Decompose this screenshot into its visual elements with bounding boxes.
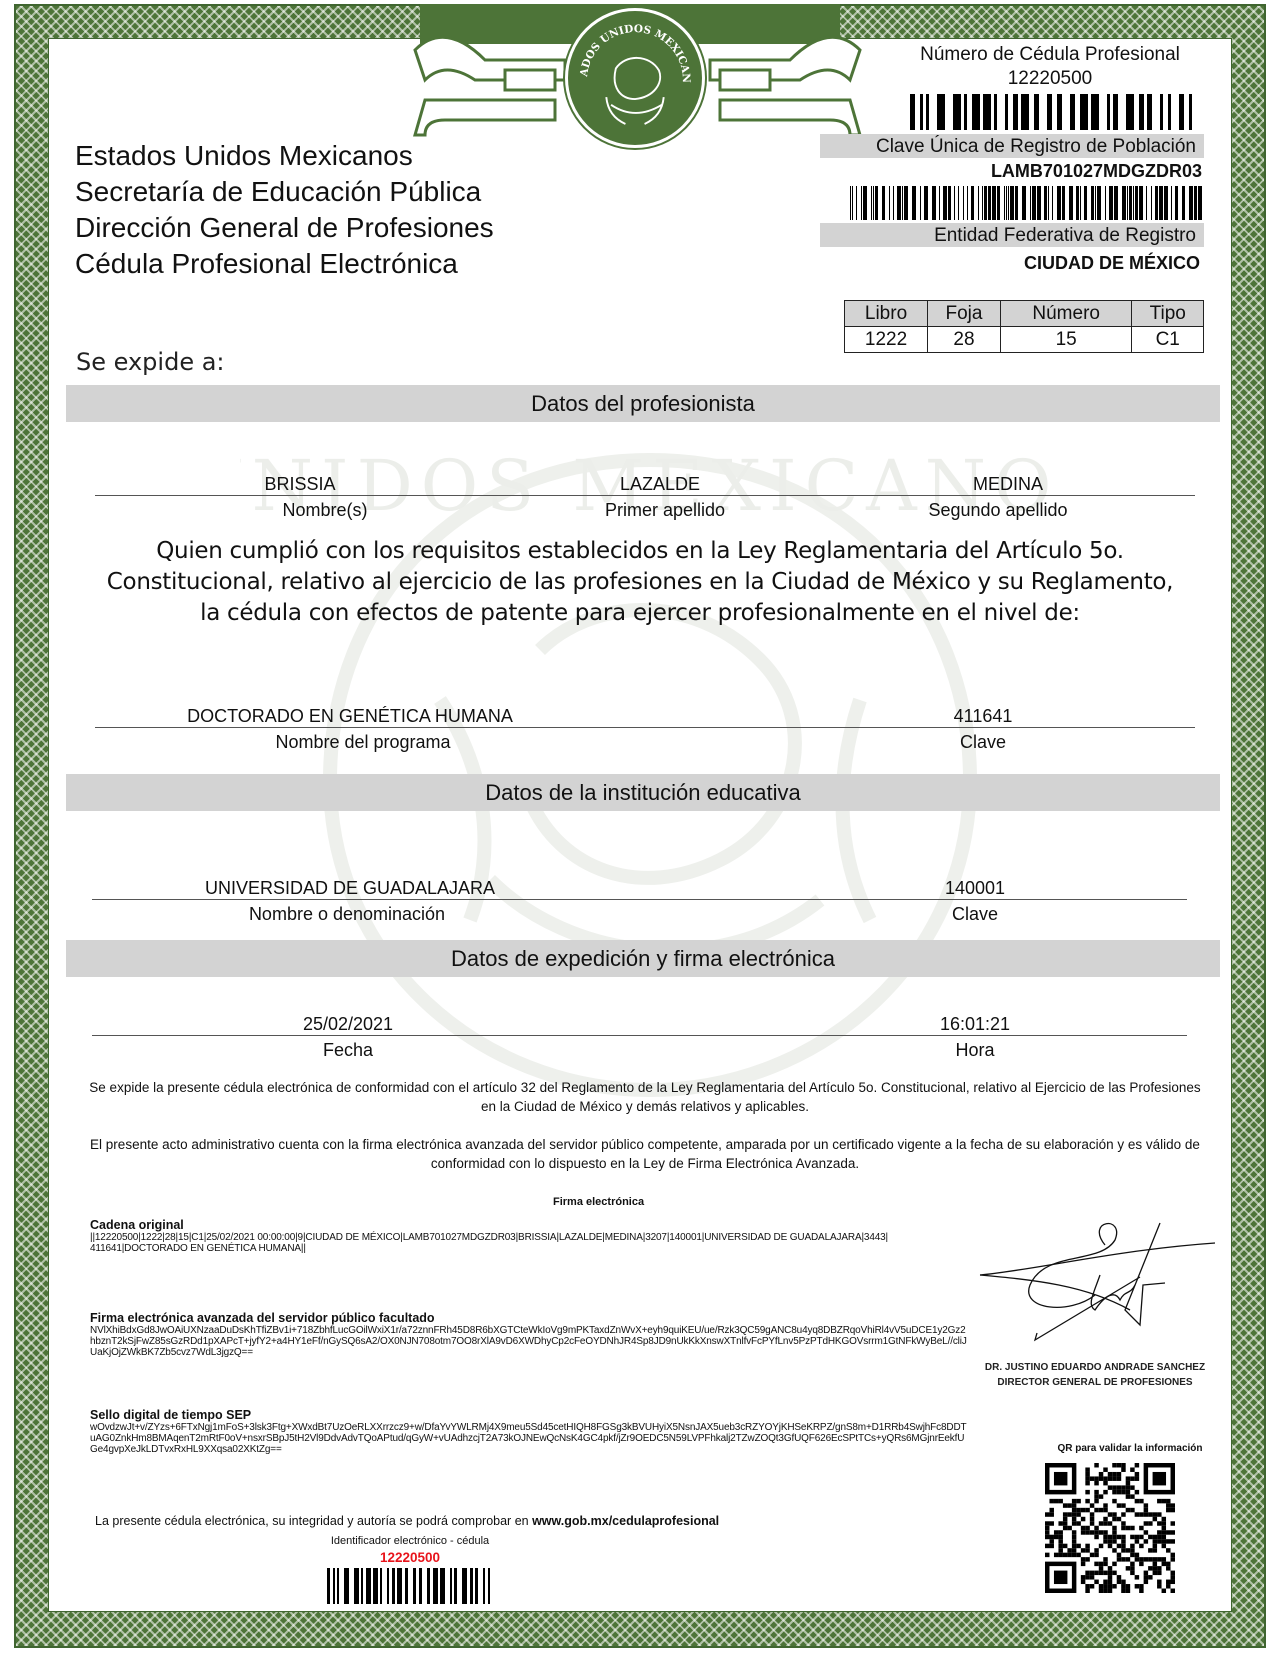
first-surname-label: Primer apellido bbox=[605, 500, 725, 521]
section-profesionista: Datos del profesionista bbox=[66, 385, 1220, 422]
issue-date-row: 25/02/2021 16:01:21 Fecha Hora bbox=[95, 1012, 1195, 1062]
institution-row: UNIVERSIDAD DE GUADALAJARA 140001 Nombre… bbox=[95, 876, 1195, 926]
qr-code-icon[interactable] bbox=[1045, 1463, 1175, 1593]
program-row: DOCTORADO EN GENÉTICA HUMANA 411641 Nomb… bbox=[95, 704, 1195, 754]
electronic-id-barcode bbox=[327, 1568, 497, 1604]
libro-value: 1222 bbox=[845, 327, 928, 353]
registry-block: Número de Cédula Profesional 12220500 Cl… bbox=[820, 44, 1204, 274]
program-underline bbox=[95, 727, 1195, 728]
timestamp-seal-text: wOvdzwJt+v/ZYzs+6FTxNgj1mFoS+3lsk3Ftg+XW… bbox=[90, 1422, 970, 1455]
national-seal-icon: ESTADOS UNIDOS MEXICANOS bbox=[565, 8, 705, 148]
entidad-label: Entidad Federativa de Registro bbox=[820, 223, 1204, 247]
section-institucion: Datos de la institución educativa bbox=[66, 774, 1220, 811]
qr-label: QR para validar la información bbox=[1025, 1443, 1235, 1454]
original-chain-text: ||12220500|1222|28|15|C1|25/02/2021 00:0… bbox=[90, 1232, 890, 1254]
signature-validity-paragraph: El presente acto administrativo cuenta c… bbox=[85, 1135, 1205, 1173]
legal-basis-paragraph: Se expide la presente cédula electrónica… bbox=[85, 1078, 1205, 1116]
institution-name: UNIVERSIDAD DE GUADALAJARA bbox=[205, 878, 495, 899]
name-row: BRISSIA LAZALDE MEDINA Nombre(s) Primer … bbox=[95, 472, 1195, 522]
svg-text:ESTADOS UNIDOS MEXICANOS: ESTADOS UNIDOS MEXICANOS bbox=[568, 11, 692, 83]
entidad-value: CIUDAD DE MÉXICO bbox=[820, 253, 1204, 274]
advanced-signature-block: Firma electrónica avanzada del servidor … bbox=[90, 1311, 970, 1358]
section-expedicion: Datos de expedición y firma electrónica bbox=[66, 940, 1220, 977]
libro-header: Libro bbox=[845, 301, 928, 327]
certification-statement: Quien cumplió con los requisitos estable… bbox=[60, 536, 1220, 629]
second-surname: MEDINA bbox=[973, 474, 1043, 495]
advanced-signature-text: NVlXhiBdxGd8JwOAiUXNzaaDuDsKhTfiZBv1i+71… bbox=[90, 1325, 970, 1358]
cedula-barcode bbox=[910, 94, 1200, 130]
handwritten-signature-icon bbox=[975, 1215, 1220, 1345]
second-surname-label: Segundo apellido bbox=[928, 500, 1067, 521]
institution-name-label: Nombre o denominación bbox=[249, 904, 445, 925]
given-names: BRISSIA bbox=[264, 474, 335, 495]
advanced-signature-title: Firma electrónica avanzada del servidor … bbox=[90, 1311, 970, 1325]
issuing-authority: Estados Unidos Mexicanos Secretaría de E… bbox=[75, 138, 494, 282]
scroll-ornament-left bbox=[405, 10, 575, 140]
institution-key: 140001 bbox=[945, 878, 1005, 899]
electronic-id-label: Identificador electrónico - cédula bbox=[260, 1535, 560, 1547]
foja-value: 28 bbox=[928, 327, 1001, 353]
institution-underline bbox=[92, 899, 1187, 900]
program-name: DOCTORADO EN GENÉTICA HUMANA bbox=[187, 706, 513, 727]
issue-time: 16:01:21 bbox=[940, 1014, 1010, 1035]
program-key-label: Clave bbox=[960, 732, 1006, 753]
cedula-number: 12220500 bbox=[900, 68, 1200, 90]
signer-name: DR. JUSTINO EDUARDO ANDRADE SANCHEZ bbox=[960, 1360, 1230, 1375]
issue-underline bbox=[92, 1035, 1187, 1036]
tipo-header: Tipo bbox=[1132, 301, 1204, 327]
verification-text: La presente cédula electrónica, su integ… bbox=[95, 1514, 795, 1528]
electronic-signature-title: Firma electrónica bbox=[553, 1196, 644, 1208]
curp-value: LAMB701027MDGZDR03 bbox=[820, 161, 1204, 182]
given-names-label: Nombre(s) bbox=[282, 500, 367, 521]
original-chain-title: Cadena original bbox=[90, 1218, 890, 1232]
tipo-value: C1 bbox=[1132, 327, 1204, 353]
issue-date-label: Fecha bbox=[323, 1040, 373, 1061]
name-underline bbox=[95, 495, 1195, 496]
country-title: Estados Unidos Mexicanos bbox=[75, 138, 494, 174]
directorate-title: Dirección General de Profesiones bbox=[75, 210, 494, 246]
document-title: Cédula Profesional Electrónica bbox=[75, 246, 494, 282]
curp-label: Clave Única de Registro de Población bbox=[820, 134, 1204, 158]
registry-table: Libro Foja Número Tipo 1222 28 15 C1 bbox=[844, 300, 1204, 353]
numero-header: Número bbox=[1000, 301, 1132, 327]
foja-header: Foja bbox=[928, 301, 1001, 327]
institution-key-label: Clave bbox=[952, 904, 998, 925]
signer-block: DR. JUSTINO EDUARDO ANDRADE SANCHEZ DIRE… bbox=[960, 1360, 1230, 1390]
timestamp-seal-title: Sello digital de tiempo SEP bbox=[90, 1408, 970, 1422]
program-key: 411641 bbox=[954, 706, 1013, 727]
curp-barcode bbox=[850, 186, 1202, 220]
issued-to-label: Se expide a: bbox=[76, 348, 225, 376]
electronic-id-number: 12220500 bbox=[260, 1550, 560, 1565]
issue-time-label: Hora bbox=[955, 1040, 994, 1061]
secretariat-title: Secretaría de Educación Pública bbox=[75, 174, 494, 210]
program-name-label: Nombre del programa bbox=[275, 732, 450, 753]
signer-title: DIRECTOR GENERAL DE PROFESIONES bbox=[960, 1375, 1230, 1390]
cedula-number-label: Número de Cédula Profesional bbox=[900, 44, 1200, 66]
timestamp-seal-block: Sello digital de tiempo SEP wOvdzwJt+v/Z… bbox=[90, 1408, 970, 1455]
numero-value: 15 bbox=[1000, 327, 1132, 353]
original-chain-block: Cadena original ||12220500|1222|28|15|C1… bbox=[90, 1218, 890, 1254]
issue-date: 25/02/2021 bbox=[303, 1014, 393, 1035]
verification-link[interactable]: www.gob.mx/cedulaprofesional bbox=[532, 1514, 719, 1528]
first-surname: LAZALDE bbox=[620, 474, 700, 495]
